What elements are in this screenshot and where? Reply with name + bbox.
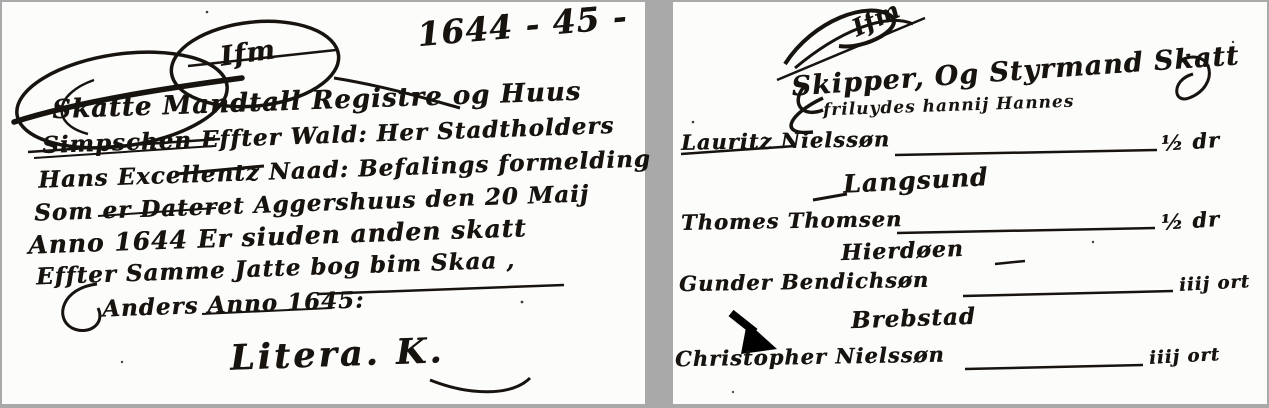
entry-amount: iiij ort — [1178, 271, 1250, 296]
right-manuscript-page: Ifm Skipper, Og Styrmand Skatt friluydes… — [673, 2, 1267, 404]
entry-name: Thomes Thomsen — [681, 206, 903, 235]
entry-amount: ½ dr — [1160, 206, 1221, 235]
place-heading: Langsund — [842, 162, 989, 199]
left-manuscript-page: 1644 - 45 - Ifm Skatte Mandtall Registre… — [2, 2, 645, 404]
year-heading: 1644 - 45 - — [416, 0, 629, 54]
manuscript-scan: 1644 - 45 - Ifm Skatte Mandtall Registre… — [0, 0, 1269, 408]
entry-amount: iiij ort — [1148, 344, 1220, 369]
manuscript-line: Anders Anno 1645: — [102, 286, 365, 322]
entry-name: Gunder Bendichsøn — [679, 267, 929, 296]
place-heading: Brebstad — [851, 303, 977, 334]
entry-name: Lauritz Nielssøn — [681, 126, 890, 155]
circled-monogram: Ifm — [218, 34, 278, 72]
entry-amount: ½ dr — [1160, 127, 1221, 156]
place-heading: Hierdøen — [841, 236, 965, 266]
top-monogram: Ifm — [847, 0, 905, 42]
litera-signature: Litera. K. — [229, 330, 445, 378]
entry-name: Christopher Nielssøn — [675, 342, 945, 372]
